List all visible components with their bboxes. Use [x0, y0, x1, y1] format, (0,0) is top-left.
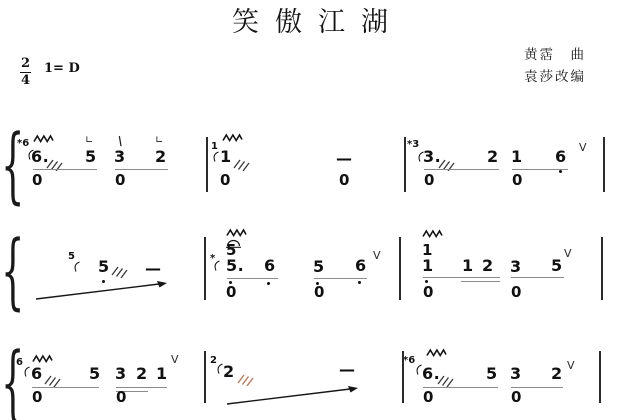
- grace-hook-icon: [72, 261, 81, 273]
- barline: [204, 351, 206, 403]
- beam-line: [461, 281, 500, 282]
- barline: [399, 237, 401, 300]
- rest-note: 0: [511, 285, 521, 300]
- trill-icon: [32, 354, 53, 363]
- note: 2: [136, 366, 148, 382]
- finger-hook-mark: ∟: [85, 136, 93, 146]
- note: 1: [156, 366, 168, 382]
- rest-note: 0: [226, 285, 236, 300]
- rest-note: 0: [220, 173, 230, 188]
- beam-line: [423, 387, 498, 388]
- barline: [601, 237, 603, 300]
- breath-mark: V: [171, 354, 179, 365]
- note: 6: [355, 258, 367, 274]
- trill-icon: [222, 133, 243, 142]
- grace-hook-icon: [22, 366, 31, 378]
- note: 1: [462, 258, 474, 274]
- beam-line: [32, 387, 99, 388]
- rest-note: 0: [32, 173, 42, 188]
- note: 5: [313, 259, 325, 275]
- note: 2: [223, 364, 235, 380]
- glissando-icon: [233, 157, 252, 171]
- rest-note: 0: [339, 173, 349, 188]
- glissando-arrow-icon: [225, 383, 363, 409]
- rest-note: 0: [512, 173, 522, 188]
- note: 3: [510, 366, 522, 382]
- rest-note: 0: [115, 173, 125, 188]
- finger-stroke-mark: \: [117, 136, 123, 147]
- barline: [204, 237, 206, 300]
- note: 2: [155, 149, 167, 165]
- breath-mark: V: [564, 248, 572, 259]
- time-signature-bottom: 4: [21, 74, 30, 87]
- time-signature-top: 2: [21, 57, 30, 70]
- note: 3: [115, 366, 127, 382]
- note: 5: [98, 259, 110, 275]
- trill-icon: [426, 348, 447, 357]
- breath-mark: V: [373, 250, 381, 261]
- glissando-icon: [437, 373, 456, 387]
- breath-mark: V: [567, 360, 575, 371]
- arranger-credit: 袁莎改编: [524, 66, 586, 88]
- note: 1: [220, 149, 232, 165]
- grace-hook-icon: [211, 151, 220, 163]
- beam-line: [33, 169, 97, 170]
- barline: [603, 137, 605, 192]
- chord-note: 5.: [226, 258, 244, 274]
- rest-note: 0: [424, 173, 434, 188]
- grace-note: *6: [17, 139, 29, 149]
- glissando-arrow-icon: [34, 278, 172, 304]
- sheet-music-page: 笑傲江湖 2 4 1= D 黄霑 曲 袁莎改编 { *6 6. ∟ 5 0 \ …: [0, 0, 620, 420]
- beam-line: [227, 278, 278, 279]
- finger-hook-mark: ∟: [155, 136, 163, 146]
- beam-line: [314, 278, 367, 279]
- rest-note: 0: [314, 285, 324, 300]
- trill-icon: [33, 134, 54, 143]
- grace-note: *3: [407, 140, 419, 150]
- glissando-icon: [44, 373, 63, 387]
- page-title: 笑傲江湖: [0, 6, 620, 40]
- key-signature: 1= D: [44, 61, 80, 77]
- beam-line: [511, 277, 564, 278]
- note: 5: [85, 149, 97, 165]
- system-brace: {: [1, 234, 24, 310]
- credits: 黄霑 曲 袁莎改编: [524, 44, 586, 88]
- grace-hook-icon: [212, 260, 221, 272]
- rest-note: 0: [511, 390, 521, 405]
- beam-line: [423, 277, 500, 278]
- note: 5: [551, 258, 563, 274]
- note: 3: [114, 149, 126, 165]
- note: 2: [551, 366, 563, 382]
- breath-mark: V: [579, 142, 587, 153]
- beam-line: [424, 169, 499, 170]
- rest-note: 0: [32, 390, 42, 405]
- time-signature: 2 4: [20, 57, 31, 87]
- held-note-dash: —: [339, 362, 355, 378]
- rest-note: 0: [423, 285, 433, 300]
- note: 3: [510, 259, 522, 275]
- note: 6: [31, 366, 43, 382]
- held-note-dash: —: [145, 261, 161, 277]
- note: 5: [89, 366, 101, 382]
- barline: [404, 137, 406, 192]
- note: 1: [511, 149, 523, 165]
- octave-dot: [267, 282, 270, 285]
- note: 6: [264, 258, 276, 274]
- note: 2: [482, 258, 494, 274]
- barline: [599, 351, 601, 403]
- note: 5: [486, 366, 498, 382]
- chord-note: 1: [422, 258, 434, 274]
- glissando-icon: [111, 264, 130, 278]
- note: 6: [555, 149, 567, 165]
- held-note-dash: —: [336, 151, 352, 167]
- octave-dot: [358, 281, 361, 284]
- rest-note: 0: [116, 390, 126, 405]
- trill-icon: [422, 229, 443, 238]
- octave-dot: [559, 170, 562, 173]
- barline: [206, 137, 208, 192]
- trill-icon: [226, 228, 247, 237]
- rest-note: 0: [423, 390, 433, 405]
- composer-credit: 黄霑 曲: [524, 44, 586, 66]
- note: 2: [487, 149, 499, 165]
